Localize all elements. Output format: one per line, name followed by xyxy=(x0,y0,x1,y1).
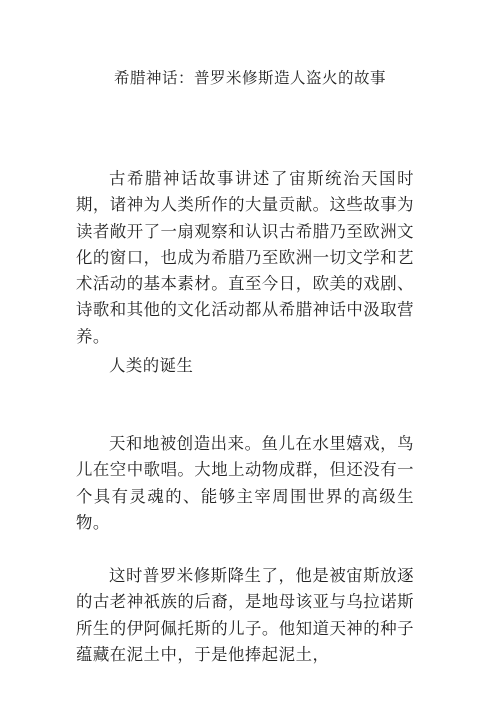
body-paragraph-creation: 天和地被创造出来。鱼儿在水里嬉戏，鸟儿在空中歌唱。大地上动物成群，但还没有一个具… xyxy=(76,431,414,536)
section-heading: 人类的诞生 xyxy=(109,352,193,376)
document-title: 希腊神话：普罗米修斯造人盗火的故事 xyxy=(0,66,500,88)
body-paragraph-prometheus: 这时普罗米修斯降生了，他是被宙斯放逐的古老神祇族的后裔，是地母该亚与乌拉诺斯所生… xyxy=(76,563,414,668)
intro-paragraph: 古希腊神话故事讲述了宙斯统治天国时期，诸神为人类所作的大量贡献。这些故事为读者敞… xyxy=(76,166,414,350)
